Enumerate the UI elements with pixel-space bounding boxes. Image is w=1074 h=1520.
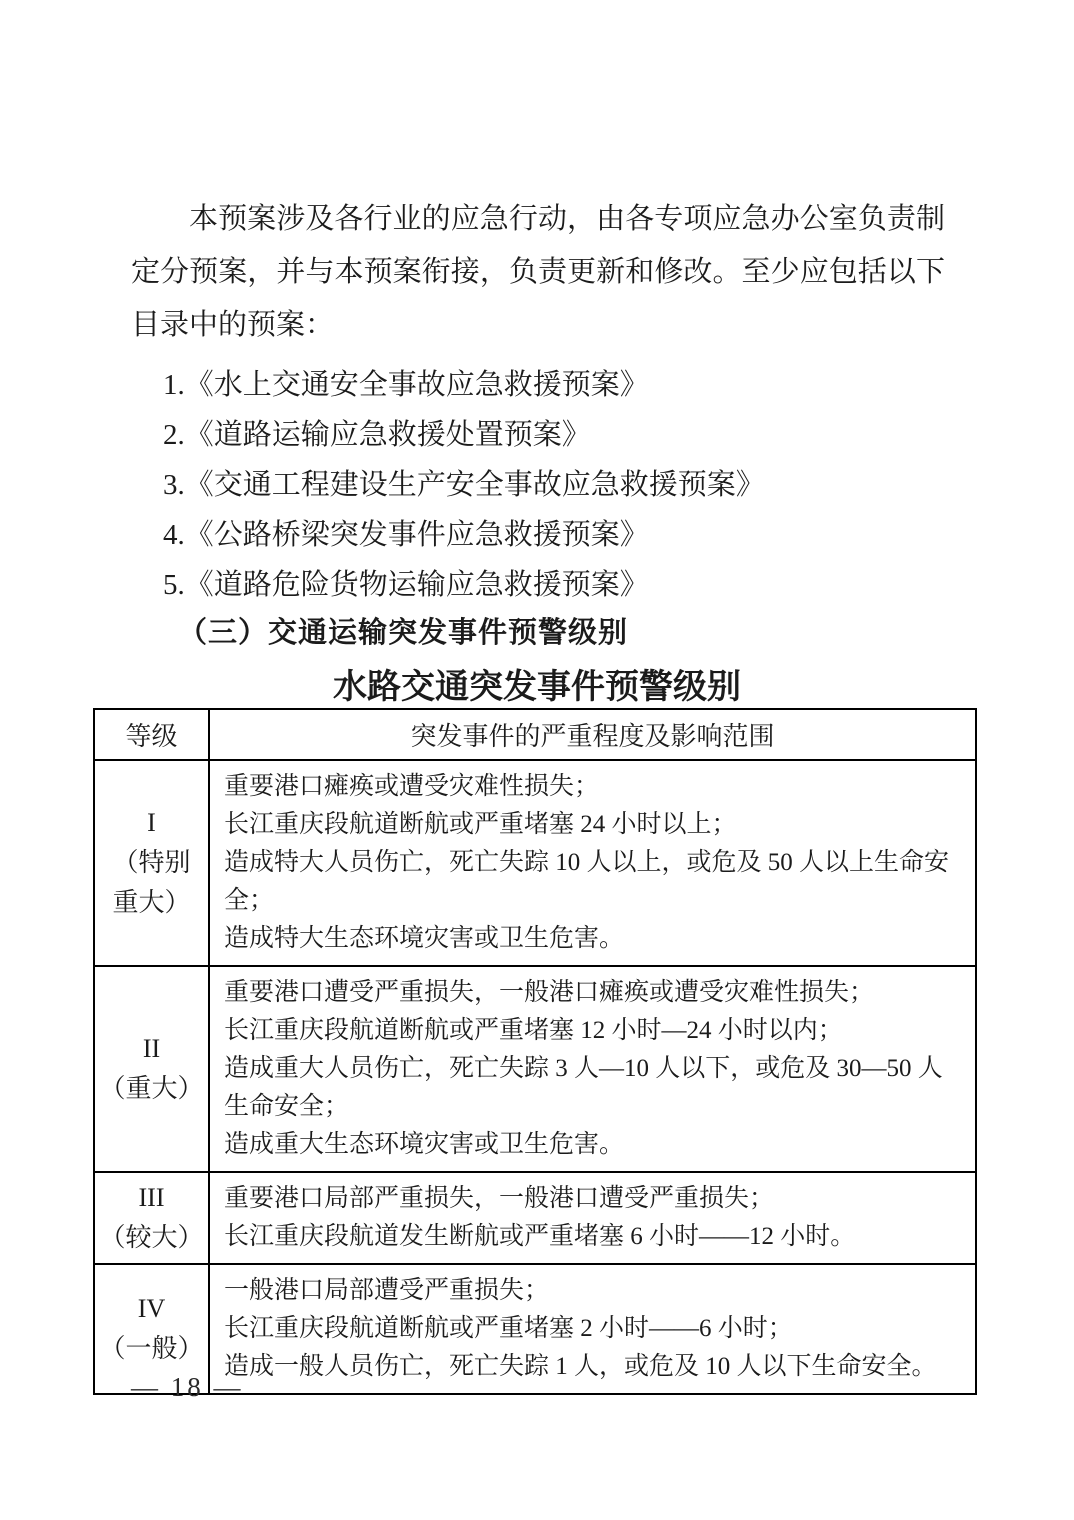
level-label: 重大） (97, 883, 206, 923)
page-number: — 18 — (131, 1372, 244, 1403)
table-row-level-1: I （特别 重大） 重要港口瘫痪或遭受灾难性损失； 长江重庆段航道断航或严重堵塞… (94, 760, 976, 966)
criteria-line: 造成特大生态环境灾害或卫生危害。 (224, 920, 963, 958)
criteria-line: 一般港口局部遭受严重损失； (224, 1272, 963, 1310)
criteria-cell-2: 重要港口遭受严重损失，一般港口瘫痪或遭受灾难性损失； 长江重庆段航道断航或严重堵… (209, 966, 976, 1172)
table-header-row: 等级 突发事件的严重程度及影响范围 (94, 709, 976, 760)
warning-level-table: 等级 突发事件的严重程度及影响范围 I （特别 重大） 重要港口瘫痪或遭受灾难性… (93, 708, 977, 1395)
table-header-criteria: 突发事件的严重程度及影响范围 (209, 709, 976, 760)
criteria-line: 重要港口瘫痪或遭受灾难性损失； (224, 768, 963, 806)
table-header-level: 等级 (94, 709, 209, 760)
level-numeral: II (97, 1029, 206, 1069)
level-label: （较大） (97, 1218, 206, 1258)
level-label: （一般） (97, 1329, 206, 1369)
criteria-line: 重要港口遭受严重损失，一般港口瘫痪或遭受灾难性损失； (224, 974, 963, 1012)
level-label: （特别 (97, 843, 206, 883)
level-cell-3: III （较大） (94, 1172, 209, 1264)
criteria-line: 重要港口局部严重损失，一般港口遭受严重损失； (224, 1180, 963, 1218)
table-title: 水路交通突发事件预警级别 (0, 668, 1074, 708)
level-numeral: I (97, 803, 206, 843)
criteria-line: 长江重庆段航道发生断航或严重堵塞 6 小时——12 小时。 (224, 1218, 963, 1256)
plan-list-item-3: 3.《交通工程建设生产安全事故应急救援预案》 (163, 460, 1074, 510)
criteria-line: 造成特大人员伤亡，死亡失踪 10 人以上，或危及 50 人以上生命安全； (224, 844, 963, 920)
document-page: 本预案涉及各行业的应急行动，由各专项应急办公室负责制定分预案，并与本预案衔接，负… (0, 0, 1074, 1520)
plan-list-item-2: 2.《道路运输应急救援处置预案》 (163, 410, 1074, 460)
section-heading: （三）交通运输突发事件预警级别 (178, 610, 1074, 656)
level-cell-2: II （重大） (94, 966, 209, 1172)
table-row-level-2: II （重大） 重要港口遭受严重损失，一般港口瘫痪或遭受灾难性损失； 长江重庆段… (94, 966, 976, 1172)
criteria-line: 造成一般人员伤亡，死亡失踪 1 人，或危及 10 人以下生命安全。 (224, 1348, 963, 1386)
criteria-cell-3: 重要港口局部严重损失，一般港口遭受严重损失； 长江重庆段航道发生断航或严重堵塞 … (209, 1172, 976, 1264)
level-numeral: IV (97, 1289, 206, 1329)
plan-list: 1.《水上交通安全事故应急救援预案》 2.《道路运输应急救援处置预案》 3.《交… (0, 360, 1074, 610)
level-cell-1: I （特别 重大） (94, 760, 209, 966)
plan-list-item-4: 4.《公路桥梁突发事件应急救援预案》 (163, 510, 1074, 560)
intro-paragraph: 本预案涉及各行业的应急行动，由各专项应急办公室负责制定分预案，并与本预案衔接，负… (131, 193, 945, 352)
criteria-line: 长江重庆段航道断航或严重堵塞 24 小时以上； (224, 806, 963, 844)
criteria-line: 长江重庆段航道断航或严重堵塞 2 小时——6 小时； (224, 1310, 963, 1348)
level-numeral: III (97, 1178, 206, 1218)
criteria-cell-4: 一般港口局部遭受严重损失； 长江重庆段航道断航或严重堵塞 2 小时——6 小时；… (209, 1264, 976, 1394)
criteria-line: 造成重大人员伤亡，死亡失踪 3 人—10 人以下，或危及 30—50 人生命安全… (224, 1050, 963, 1126)
plan-list-item-5: 5.《道路危险货物运输应急救援预案》 (163, 560, 1074, 610)
criteria-line: 造成重大生态环境灾害或卫生危害。 (224, 1126, 963, 1164)
plan-list-item-1: 1.《水上交通安全事故应急救援预案》 (163, 360, 1074, 410)
level-label: （重大） (97, 1069, 206, 1109)
table-row-level-3: III （较大） 重要港口局部严重损失，一般港口遭受严重损失； 长江重庆段航道发… (94, 1172, 976, 1264)
criteria-cell-1: 重要港口瘫痪或遭受灾难性损失； 长江重庆段航道断航或严重堵塞 24 小时以上； … (209, 760, 976, 966)
criteria-line: 长江重庆段航道断航或严重堵塞 12 小时—24 小时以内； (224, 1012, 963, 1050)
